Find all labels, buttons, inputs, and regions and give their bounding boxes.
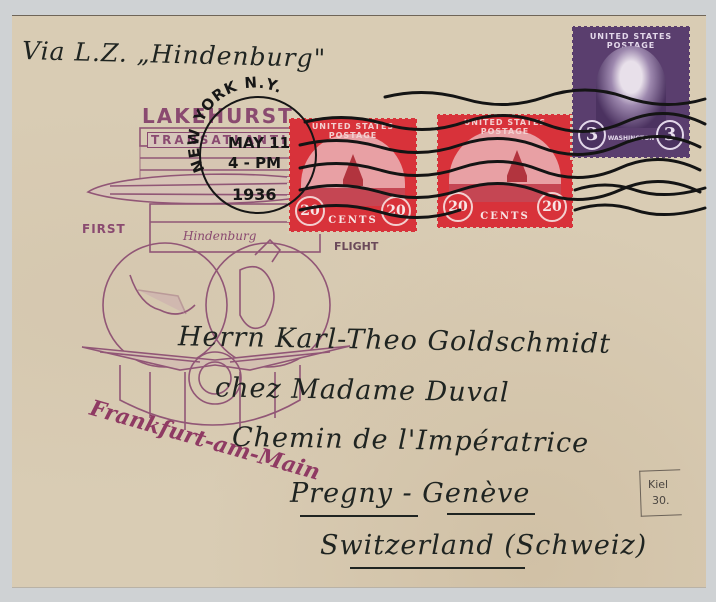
address-line-street: Chemin de l'Impératrice: [232, 422, 590, 459]
pencil-note-line-2: 30.: [652, 494, 670, 507]
postmark-date: MAY 11: [228, 134, 290, 152]
postmark-year: 1936: [232, 185, 277, 204]
postmark-time: 4 - PM: [228, 154, 281, 172]
address-line-country: Switzerland (Schweiz): [320, 530, 647, 561]
city-underline-2: [447, 513, 535, 515]
country-underline: [350, 567, 525, 569]
pencil-note-line-1: Kiel: [648, 478, 668, 491]
postmark-cancellation: NEW YORK N.Y. MAY 11 4 - PM 1936: [0, 0, 716, 602]
address-line-city: Pregny - Genève: [290, 478, 530, 509]
pencil-note-box: [639, 469, 682, 516]
city-underline: [300, 515, 418, 517]
address-line-care-of: chez Madame Duval: [215, 372, 510, 408]
